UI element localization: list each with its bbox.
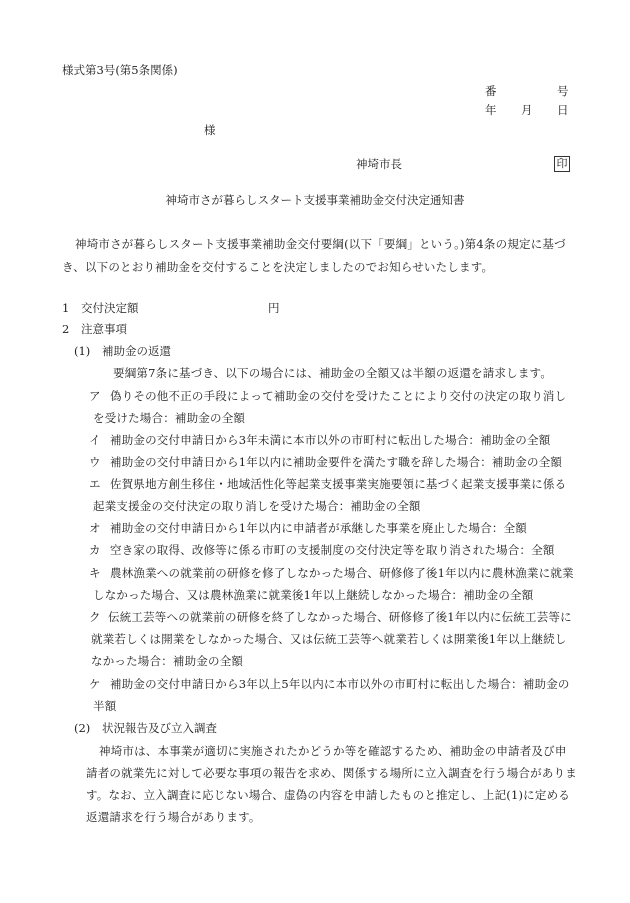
subsection-1-intro: 要綱第7条に基づき、以下の場合には、補助金の全額又は半額の返還を請求します。 bbox=[113, 366, 552, 380]
section-1-unit: 円 bbox=[268, 301, 280, 315]
subsection-2-line-3: す。なお、立入調査に応じない場合、虚偽の内容を申請したものと推定し、上記(1)に… bbox=[86, 788, 570, 802]
subsection-2-line-1: 神埼市は、本事業が適切に実施されたかどうか等を確認するため、補助金の申請者及び申 bbox=[99, 744, 567, 758]
intro-line-2: き、以下のとおり補助金を交付することを決定しましたのでお知らせいたします。 bbox=[62, 260, 493, 274]
item-mark: ク bbox=[89, 610, 101, 624]
item-line: 空き家の取得、改修等に係る市町の支援制度の交付決定等を取り消された場合：全額 bbox=[110, 543, 555, 557]
subsection-2-line-2: 請者の就業先に対して必要な事項の報告を求め、関係する場所に立入調査を行う場合があ… bbox=[86, 766, 577, 780]
item-line: しなかった場合、又は農林漁業に就業後1年以上継続しなかった場合：補助金の全額 bbox=[93, 588, 533, 602]
addressee-suffix: 様 bbox=[204, 123, 216, 137]
subsection-1-label: 補助金の返還 bbox=[102, 344, 171, 358]
item-mark: エ bbox=[89, 477, 101, 491]
document-title: 神埼市さが暮らしスタート支援事業補助金交付決定通知書 bbox=[0, 193, 630, 207]
seal-icon: 印 bbox=[554, 156, 570, 172]
item-mark: カ bbox=[89, 543, 101, 557]
number-suffix: 号 bbox=[557, 84, 569, 98]
item-line: 半額 bbox=[93, 699, 116, 713]
item-line: 補助金の交付申請日から3年以上5年以内に本市以外の市町村に転出した場合：補助金の bbox=[110, 677, 570, 691]
seal-mark: 印 bbox=[554, 156, 570, 172]
item-line: 補助金の交付申請日から1年以内に補助金要件を満たす職を辞した場合：補助金の全額 bbox=[110, 455, 562, 469]
item-mark: ケ bbox=[89, 677, 101, 691]
item-line: 補助金の交付申請日から3年未満に本市以外の市町村に転出した場合：補助金の全額 bbox=[110, 433, 550, 447]
intro-line-1: 神埼市さが暮らしスタート支援事業補助金交付要綱(以下「要綱」という。)第4条の規… bbox=[75, 237, 566, 251]
subsection-2-line-4: 返還請求を行う場合があります。 bbox=[86, 810, 261, 824]
item-line: 農林漁業への就業前の研修を修了しなかった場合、研修修了後1年以内に農林漁業に就業 bbox=[110, 566, 574, 580]
section-2-number: 2 bbox=[62, 322, 69, 336]
subsection-2-number: (2) bbox=[74, 721, 90, 735]
item-line: 就業若しくは開業をしなかった場合、又は伝統工芸等へ就業若しくは開業後1年以上継続… bbox=[91, 632, 567, 646]
item-line: 補助金の交付申請日から1年以内に申請者が承継した事業を廃止した場合：全額 bbox=[110, 521, 527, 535]
item-line: なかった場合：補助金の全額 bbox=[91, 654, 243, 668]
item-mark: ア bbox=[89, 389, 101, 403]
form-number: 様式第3号(第5条関係) bbox=[62, 63, 178, 77]
issuer-name: 神埼市長 bbox=[356, 157, 402, 171]
section-1-label: 交付決定額 bbox=[81, 301, 139, 315]
item-line: 偽りその他不正の手段によって補助金の交付を受けたことにより交付の決定の取り消し bbox=[110, 389, 566, 403]
subsection-2-label: 状況報告及び立入調査 bbox=[102, 721, 217, 735]
item-mark: キ bbox=[89, 566, 101, 580]
item-line: 伝統工芸等への就業前の研修を終了しなかった場合、研修修了後1年以内に伝統工芸等に bbox=[108, 610, 572, 624]
section-2-label: 注意事項 bbox=[81, 322, 127, 336]
date-month-label: 月 bbox=[521, 103, 533, 117]
date-day-label: 日 bbox=[557, 103, 569, 117]
date-year-label: 年 bbox=[485, 103, 497, 117]
item-mark: イ bbox=[89, 433, 101, 447]
item-line: 佐賀県地方創生移住・地域活性化等起業支援事業実施要領に基づく起業支援事業に係る bbox=[110, 477, 566, 491]
item-line: を受けた場合：補助金の全額 bbox=[93, 411, 245, 425]
item-mark: オ bbox=[89, 521, 101, 535]
number-label: 番 bbox=[485, 84, 497, 98]
section-1-number: 1 bbox=[62, 301, 69, 315]
item-line: 起業支援金の交付決定の取り消しを受けた場合：補助金の全額 bbox=[93, 499, 421, 513]
subsection-1-number: (1) bbox=[74, 344, 90, 358]
item-mark: ウ bbox=[89, 455, 101, 469]
